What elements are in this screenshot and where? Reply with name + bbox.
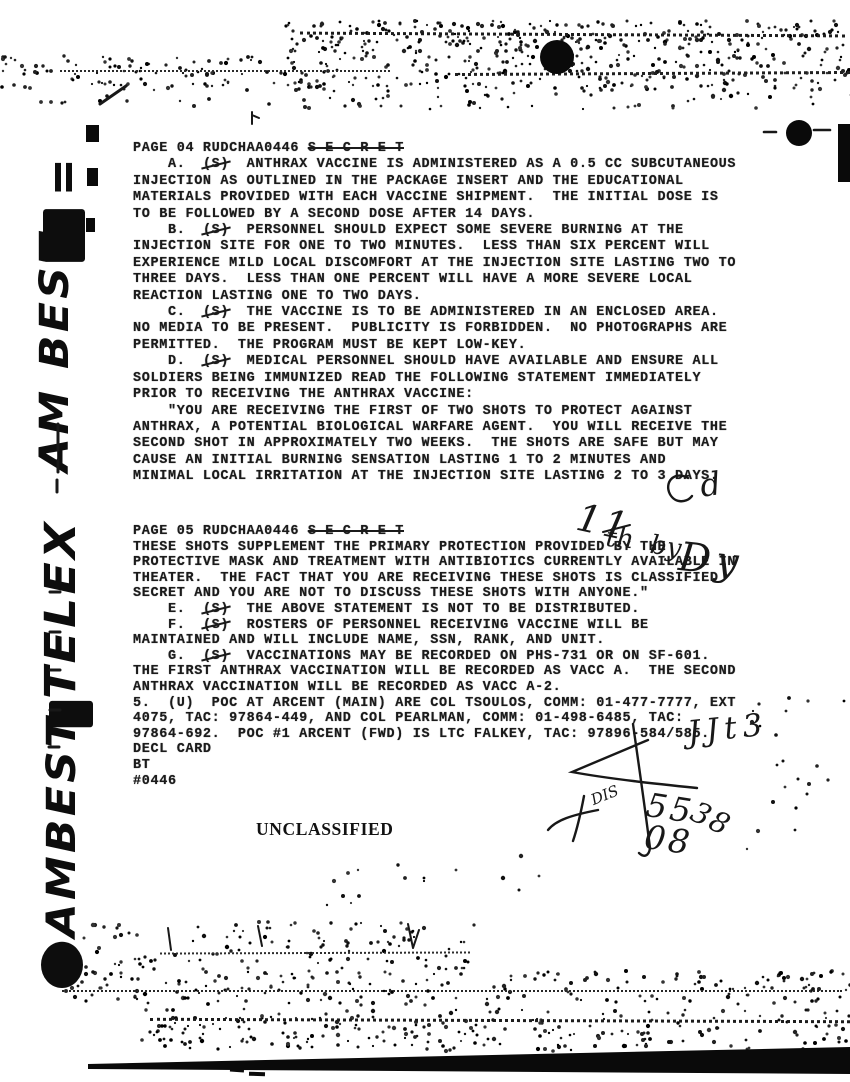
typed-line: ANTHRAX VACCINATION WILL BE RECORDED AS … <box>133 680 736 696</box>
stamp-bars <box>50 163 77 192</box>
bottom-scan-wedge <box>0 1040 850 1082</box>
stamp-ink-blob <box>49 701 93 727</box>
typed-page-05: PAGE 05 RUDCHAA0446 S E C R E TTHESE SHO… <box>133 524 736 789</box>
typed-line: SECOND SHOT IN APPROXIMATELY TWO WEEKS. … <box>133 436 736 452</box>
telex-stamp-lower: AMBESTTELEX <box>36 519 93 988</box>
corner-slash-mark <box>100 86 126 104</box>
typed-line: MAINTAINED AND WILL INCLUDE NAME, SSN, R… <box>133 633 736 649</box>
margin-tick <box>252 112 259 124</box>
typed-line: E. (S) THE ABOVE STATEMENT IS NOT TO BE … <box>133 602 736 618</box>
typed-line: 5. (U) POC AT ARCENT (MAIN) ARE COL TSOU… <box>133 696 736 712</box>
typed-line: INJECTION SITE FOR ONE TO TWO MINUTES. L… <box>133 239 736 255</box>
handwritten-annotation-d: d <box>698 467 723 502</box>
stamp-fragment <box>87 168 98 186</box>
scanned-telex-page: AM BEST AMBESTTELEX PAGE 04 RUDCHAA0446 … <box>0 0 850 1082</box>
typed-line: BT <box>133 758 736 774</box>
typed-line: B. (S) PERSONNEL SHOULD EXPECT SOME SEVE… <box>133 223 736 239</box>
typed-line: THREE DAYS. LESS THAN ONE PERCENT WILL H… <box>133 272 736 288</box>
typed-line: THEATER. THE FACT THAT YOU ARE RECEIVING… <box>133 571 736 587</box>
typed-line: MINIMAL LOCAL IRRITATION AT THE INJECTIO… <box>133 469 736 485</box>
handwritten-annotation-th: th <box>605 524 635 553</box>
scanner-noise-band <box>300 855 302 857</box>
typed-line: THE FIRST ANTHRAX VACCINATION WILL BE RE… <box>133 664 736 680</box>
typed-line: CAUSE AN INITIAL BURNING SENSATION LASTI… <box>133 453 736 469</box>
typed-line: #0446 <box>133 774 736 790</box>
typed-line: ANTHRAX, A POTENTIAL BIOLOGICAL WARFARE … <box>133 420 736 436</box>
telex-stamp-lower-word1: AMBEST <box>39 714 85 937</box>
typed-line: G. (S) VACCINATIONS MAY BE RECORDED ON P… <box>133 649 736 665</box>
scanner-noise-band <box>0 92 2 94</box>
scanner-smear <box>160 951 470 954</box>
typed-page-04: PAGE 04 RUDCHAA0446 S E C R E T A. (S) A… <box>133 141 736 486</box>
telex-stamp-upper-text: AM BEST <box>32 230 78 472</box>
stamp-fragment <box>86 218 95 232</box>
typed-line: 97864-692. POC #1 ARCENT (FWD) IS LTC FA… <box>133 727 736 743</box>
pen-cross-stroke-2 <box>573 796 584 841</box>
unclassified-stamp: UNCLASSIFIED <box>256 819 394 840</box>
typed-line: F. (S) ROSTERS OF PERSONNEL RECEIVING VA… <box>133 618 736 634</box>
typed-line: PROTECTIVE MASK AND TREATMENT WITH ANTIB… <box>133 555 736 571</box>
typed-line: INJECTION AS OUTLINED IN THE PACKAGE INS… <box>133 174 736 190</box>
edge-dot-mark <box>786 120 812 146</box>
typed-line: D. (S) MEDICAL PERSONNEL SHOULD HAVE AVA… <box>133 354 736 370</box>
scanner-noise-band <box>285 20 287 22</box>
scanner-noise-band <box>0 54 2 56</box>
bottom-dash-mark <box>230 1068 244 1073</box>
typed-line: PAGE 04 RUDCHAA0446 S E C R E T <box>133 141 736 157</box>
handwritten-annotation-jjt3: JJt3 <box>686 710 770 749</box>
stamp-ink-blob <box>43 209 85 262</box>
edge-bar-mark <box>838 124 850 182</box>
typed-line: REACTION LASTING ONE TO TWO DAYS. <box>133 289 736 305</box>
scanner-noise-band <box>140 1008 142 1010</box>
scanner-noise-band <box>745 690 747 692</box>
telex-stamp-lower-word2: TELEX <box>36 519 86 699</box>
scanner-smear <box>62 990 842 992</box>
typed-line: SECRET AND YOU ARE NOT TO DISCUSS THESE … <box>133 586 736 602</box>
typed-line: A. (S) ANTHRAX VACCINE IS ADMINISTERED A… <box>133 157 736 173</box>
typed-line: THESE SHOTS SUPPLEMENT THE PRIMARY PROTE… <box>133 540 736 556</box>
bottom-dash-mark <box>249 1072 265 1077</box>
scan-scratch <box>168 924 419 950</box>
scanner-smear <box>150 1018 850 1023</box>
typed-line: PERMITTED. THE PROGRAM MUST BE KEPT LOW-… <box>133 338 736 354</box>
typed-line: EXPERIENCE MILD LOCAL DISCOMFORT AT THE … <box>133 256 736 272</box>
typed-line: PAGE 05 RUDCHAA0446 S E C R E T <box>133 524 736 540</box>
scanner-smear <box>60 70 390 72</box>
typed-line: NO MEDIA TO BE PRESENT. PUBLICITY IS FOR… <box>133 321 736 337</box>
telex-stamp-upper: AM BEST <box>32 163 85 472</box>
hole-punch-mark <box>540 40 574 74</box>
typed-line: DECL CARD <box>133 742 736 758</box>
typed-line: "YOU ARE RECEIVING THE FIRST OF TWO SHOT… <box>133 404 736 420</box>
handwritten-annotation-dy: Dy <box>677 537 745 584</box>
typed-line: C. (S) THE VACCINE IS TO BE ADMINISTERED… <box>133 305 736 321</box>
typed-line: PRIOR TO RECEIVING THE ANTHRAX VACCINE: <box>133 387 736 403</box>
stamp-fragment <box>86 125 99 142</box>
typed-line: SOLDIERS BEING IMMUNIZED READ THE FOLLOW… <box>133 371 736 387</box>
typed-line: TO BE FOLLOWED BY A SECOND DOSE AFTER 14… <box>133 207 736 223</box>
scanner-smear <box>300 32 845 38</box>
typed-line: 4075, TAC: 97864-449, AND COL PEARLMAN, … <box>133 711 736 727</box>
typed-line: MATERIALS PROVIDED WITH EACH VACCINE SHI… <box>133 190 736 206</box>
scanner-smear <box>455 71 850 76</box>
handwritten-annotation-08: 08 <box>642 820 694 859</box>
stamp-logo-circle <box>41 942 83 988</box>
pen-cross-stroke-1 <box>548 810 598 830</box>
